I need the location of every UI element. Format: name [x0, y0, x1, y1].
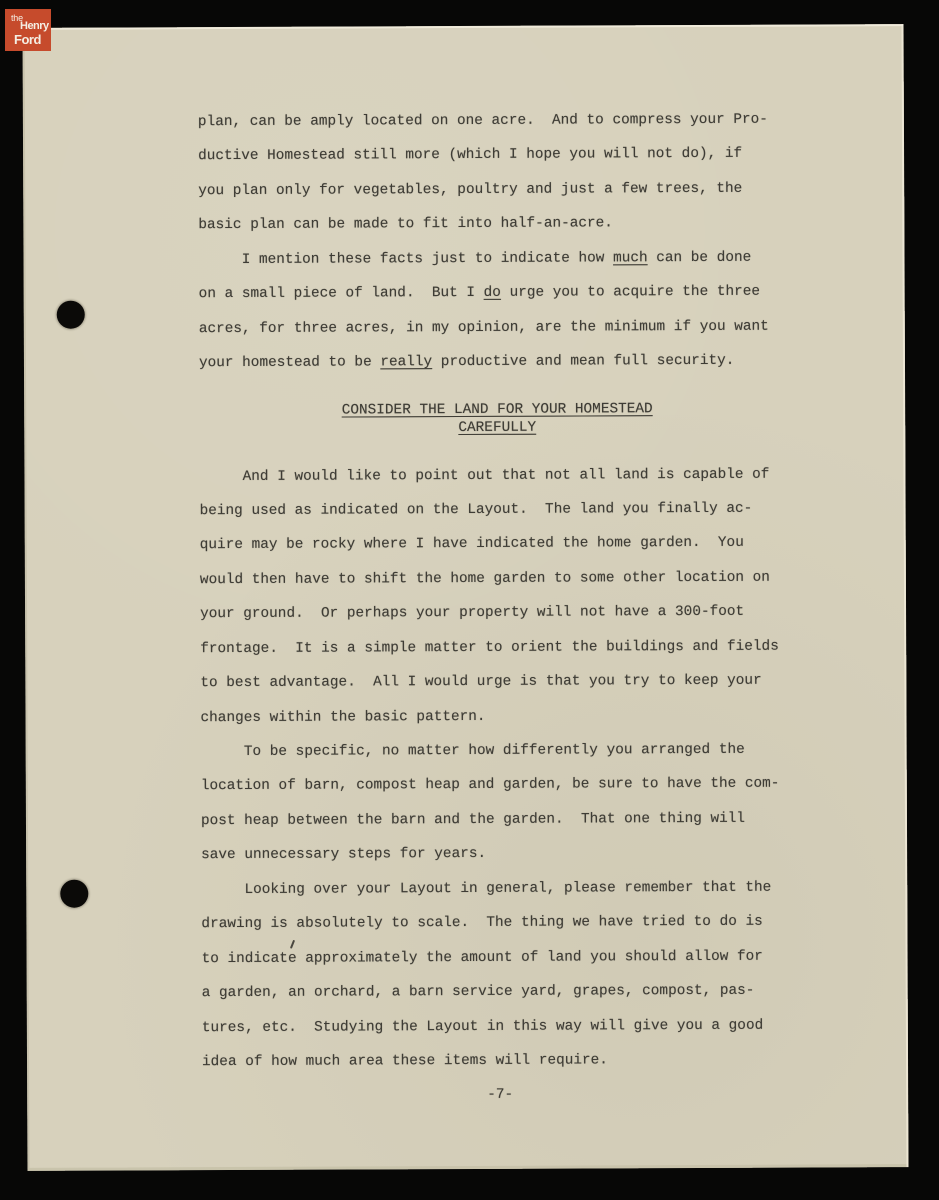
text-line: I mention these facts just to indicate h…	[198, 240, 794, 277]
text-line: save unnecessary steps for years.	[201, 836, 797, 873]
text-line: tures, etc. Studying the Layout in this …	[202, 1008, 798, 1045]
section-heading-line: CAREFULLY	[199, 417, 795, 438]
text-line: And I would like to point out that not a…	[199, 457, 795, 494]
text-line: Looking over your Layout in general, ple…	[201, 870, 797, 907]
text-line: idea of how much area these items will r…	[202, 1042, 798, 1079]
henry-ford-logo: the Henry Ford	[5, 9, 51, 51]
text-line: drawing is absolutely to scale. The thin…	[201, 905, 797, 942]
text-line: your ground. Or perhaps your property wi…	[200, 595, 796, 632]
punch-hole-bottom	[60, 880, 88, 908]
logo-word-ford: Ford	[14, 32, 41, 47]
page-number: -7-	[202, 1077, 798, 1114]
text-line: changes within the basic pattern.	[200, 698, 796, 735]
logo-word-henry: Henry	[20, 20, 49, 32]
text-line: post heap between the barn and the garde…	[201, 801, 797, 838]
text-line: To be specific, no matter how differentl…	[201, 733, 797, 770]
text-line: quire may be rocky where I have indicate…	[200, 526, 796, 563]
punch-hole-top	[57, 301, 85, 329]
text-line: frontage. It is a simple matter to orien…	[200, 629, 796, 666]
text-line: on a small piece of land. But I do urge …	[199, 275, 795, 312]
document-lines: plan, can be amply located on one acre. …	[198, 103, 798, 1114]
text-line: would then have to shift the home garden…	[200, 560, 796, 597]
text-line: acres, for three acres, in my opinion, a…	[199, 309, 795, 346]
text-line: basic plan can be made to fit into half-…	[198, 206, 794, 243]
text-line: to best advantage. All I would urge is t…	[200, 664, 796, 701]
text-line: a garden, an orchard, a barn service yar…	[202, 974, 798, 1011]
text-line: location of barn, compost heap and garde…	[201, 767, 797, 804]
scanned-page: plan, can be amply located on one acre. …	[23, 24, 909, 1171]
text-line: ductive Homestead still more (which I ho…	[198, 137, 794, 174]
text-line: your homestead to be really productive a…	[199, 344, 795, 381]
text-line: you plan only for vegetables, poultry an…	[198, 171, 794, 208]
text-line: plan, can be amply located on one acre. …	[198, 103, 794, 140]
text-line: being used as indicated on the Layout. T…	[200, 491, 796, 528]
